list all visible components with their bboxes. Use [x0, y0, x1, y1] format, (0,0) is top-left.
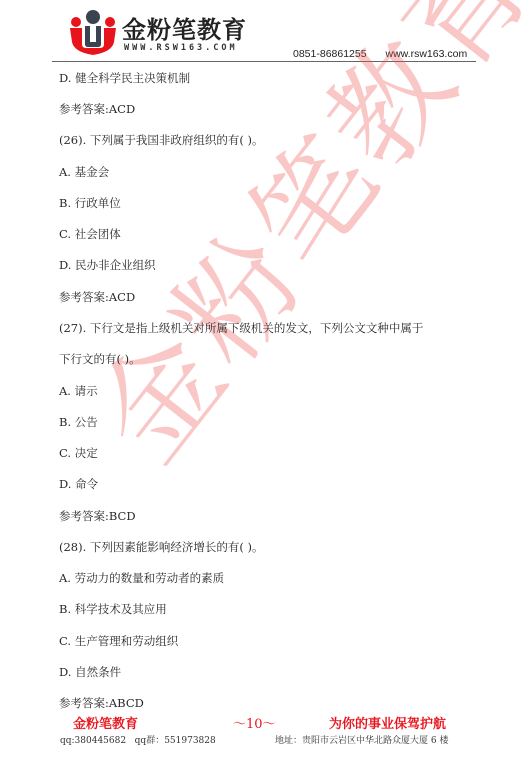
watermark: 金粉笔教育 — [40, 180, 500, 600]
header-website: www.rsw163.com — [386, 48, 468, 60]
logo-icon — [68, 8, 118, 56]
option-line: A. 劳动力的数量和劳动者的素质 — [59, 570, 224, 586]
option-line: A. 基金会 — [59, 164, 109, 180]
option-line: C. 决定 — [59, 445, 98, 461]
header-phone: 0851-86861255 — [293, 48, 367, 60]
option-line: B. 行政单位 — [59, 195, 121, 211]
question-line: (26). 下列属于我国非政府组织的有( )。 — [59, 132, 264, 148]
brand-name: 金粉笔教育 — [122, 10, 247, 45]
answer-line: 参考答案:ACD — [59, 101, 135, 117]
option-line: D. 健全科学民主决策机制 — [59, 70, 190, 86]
brand-url: WWW.RSW163.COM — [124, 43, 238, 53]
option-line: A. 请示 — [59, 383, 98, 399]
question-line: 下行文的有( )。 — [59, 351, 141, 367]
question-line: (28). 下列因素能影响经济增长的有( )。 — [59, 539, 264, 555]
option-line: C. 生产管理和劳动组织 — [59, 633, 178, 649]
footer-brand: 金粉笔教育 — [73, 713, 138, 732]
answer-line: 参考答案:BCD — [59, 508, 136, 524]
footer-address: 地址：贵阳市云岩区中华北路众厦大厦 6 楼 — [275, 733, 448, 746]
page-number: ～10～ — [233, 713, 276, 732]
page-header: 金粉笔教育 WWW.RSW163.COM 0851-86861255 www.r… — [0, 0, 527, 62]
option-line: D. 命令 — [59, 476, 98, 492]
footer-slogan: 为你的事业保驾护航 — [329, 713, 446, 732]
answer-line: 参考答案:ACD — [59, 289, 135, 305]
header-divider — [52, 61, 476, 62]
option-line: D. 民办非企业组织 — [59, 257, 156, 273]
question-line: (27). 下行文是指上级机关对所属下级机关的发文，下列公文文种中属于 — [59, 320, 423, 336]
footer-qq: qq:380445682 qq群：551973828 — [60, 733, 216, 746]
option-line: B. 科学技术及其应用 — [59, 601, 167, 617]
header-contact: 0851-86861255 www.rsw163.com — [293, 48, 467, 60]
answer-line: 参考答案:ABCD — [59, 695, 144, 711]
option-line: D. 自然条件 — [59, 664, 121, 680]
option-line: C. 社会团体 — [59, 226, 121, 242]
option-line: B. 公告 — [59, 414, 98, 430]
